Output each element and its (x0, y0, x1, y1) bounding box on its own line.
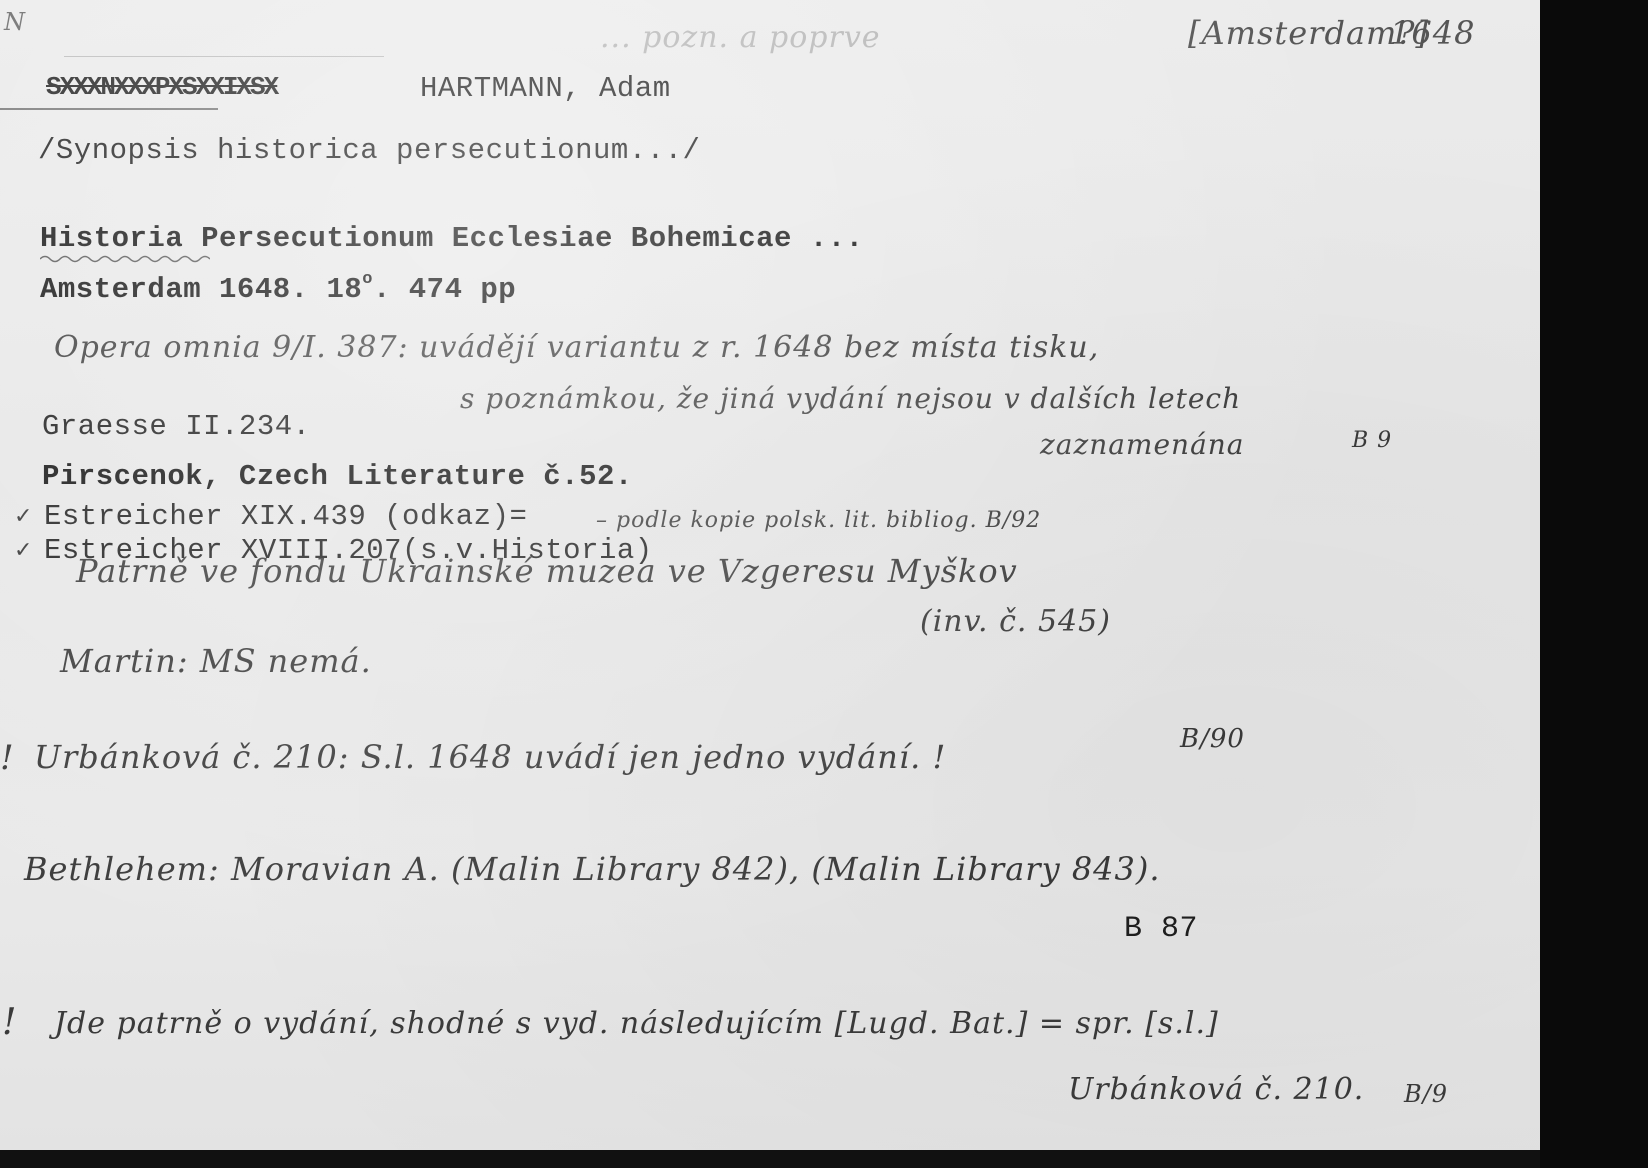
imprint: Amsterdam 1648. 18o. 474 pp (40, 270, 516, 306)
exclamation-mark: ! (0, 738, 15, 778)
imprint-format-degree: o (362, 270, 373, 289)
note-urbankova-ref: B/90 (1180, 724, 1245, 754)
catalog-card: N ... pozn. a poprve [Amsterdam?] 1648 S… (0, 0, 1540, 1150)
shelf-mark: B 87 (1124, 912, 1198, 946)
note-martin: Martin: MS nemá. (60, 642, 372, 680)
check-icon: ✓ (14, 504, 32, 529)
scan-background-bottom (0, 1150, 1540, 1168)
note-patrne: Patrně ve fondu Ukrainské muzea ve Vzger… (76, 552, 1018, 590)
exclamation-mark: ! (2, 1002, 17, 1043)
note-inventory: (inv. č. 545) (920, 604, 1111, 639)
faint-top-note: ... pozn. a poprve (600, 20, 881, 55)
note-final-line1: Jde patrně o vydání, shodné s vyd. násle… (54, 1006, 1219, 1041)
reference-pirscenok: Pirscenok, Czech Literature č.52. (42, 460, 633, 493)
note-opera-line2: s poznámkou, že jiná vydání nejsou v dal… (460, 382, 1241, 415)
note-opera-ref: B 9 (1352, 428, 1392, 453)
note-bethlehem: Bethlehem: Moravian A. (Malin Library 84… (24, 850, 1161, 888)
corner-mark: N (4, 8, 26, 36)
reference-estreicher-xix: Estreicher XIX.439 (odkaz)= (44, 500, 527, 533)
check-icon: ✓ (14, 538, 32, 563)
imprint-format: 18 (326, 273, 362, 306)
note-opera-line3: zaznamenána (1040, 428, 1245, 461)
top-dash-rule (64, 56, 384, 57)
imprint-pages: . 474 pp (373, 273, 516, 306)
uniform-title: /Synopsis historica persecutionum.../ (38, 134, 700, 167)
note-final-ref: B/9 (1404, 1080, 1448, 1108)
note-estreicher: – podle kopie polsk. lit. bibliog. B/92 (596, 508, 1041, 533)
title: Historia Persecutionum Ecclesiae Bohemic… (40, 222, 864, 255)
struck-out-heading: SXXXNXXXPXSXXIXSX (46, 72, 277, 102)
heading-rule (0, 108, 218, 110)
imprint-place-year: Amsterdam 1648. (40, 273, 309, 306)
note-opera-line1: Opera omnia 9/I. 387: uvádějí variantu z… (54, 330, 1099, 365)
scan-background-right (1540, 0, 1648, 1168)
handwritten-year: 1648 (1390, 14, 1475, 52)
title-wavy-underline (40, 254, 210, 264)
note-final-line2: Urbánková č. 210. (1068, 1072, 1364, 1107)
note-urbankova: Urbánková č. 210: S.l. 1648 uvádí jen je… (34, 738, 946, 776)
author-heading: HARTMANN, Adam (420, 72, 671, 105)
reference-graesse: Graesse II.234. (42, 410, 311, 443)
